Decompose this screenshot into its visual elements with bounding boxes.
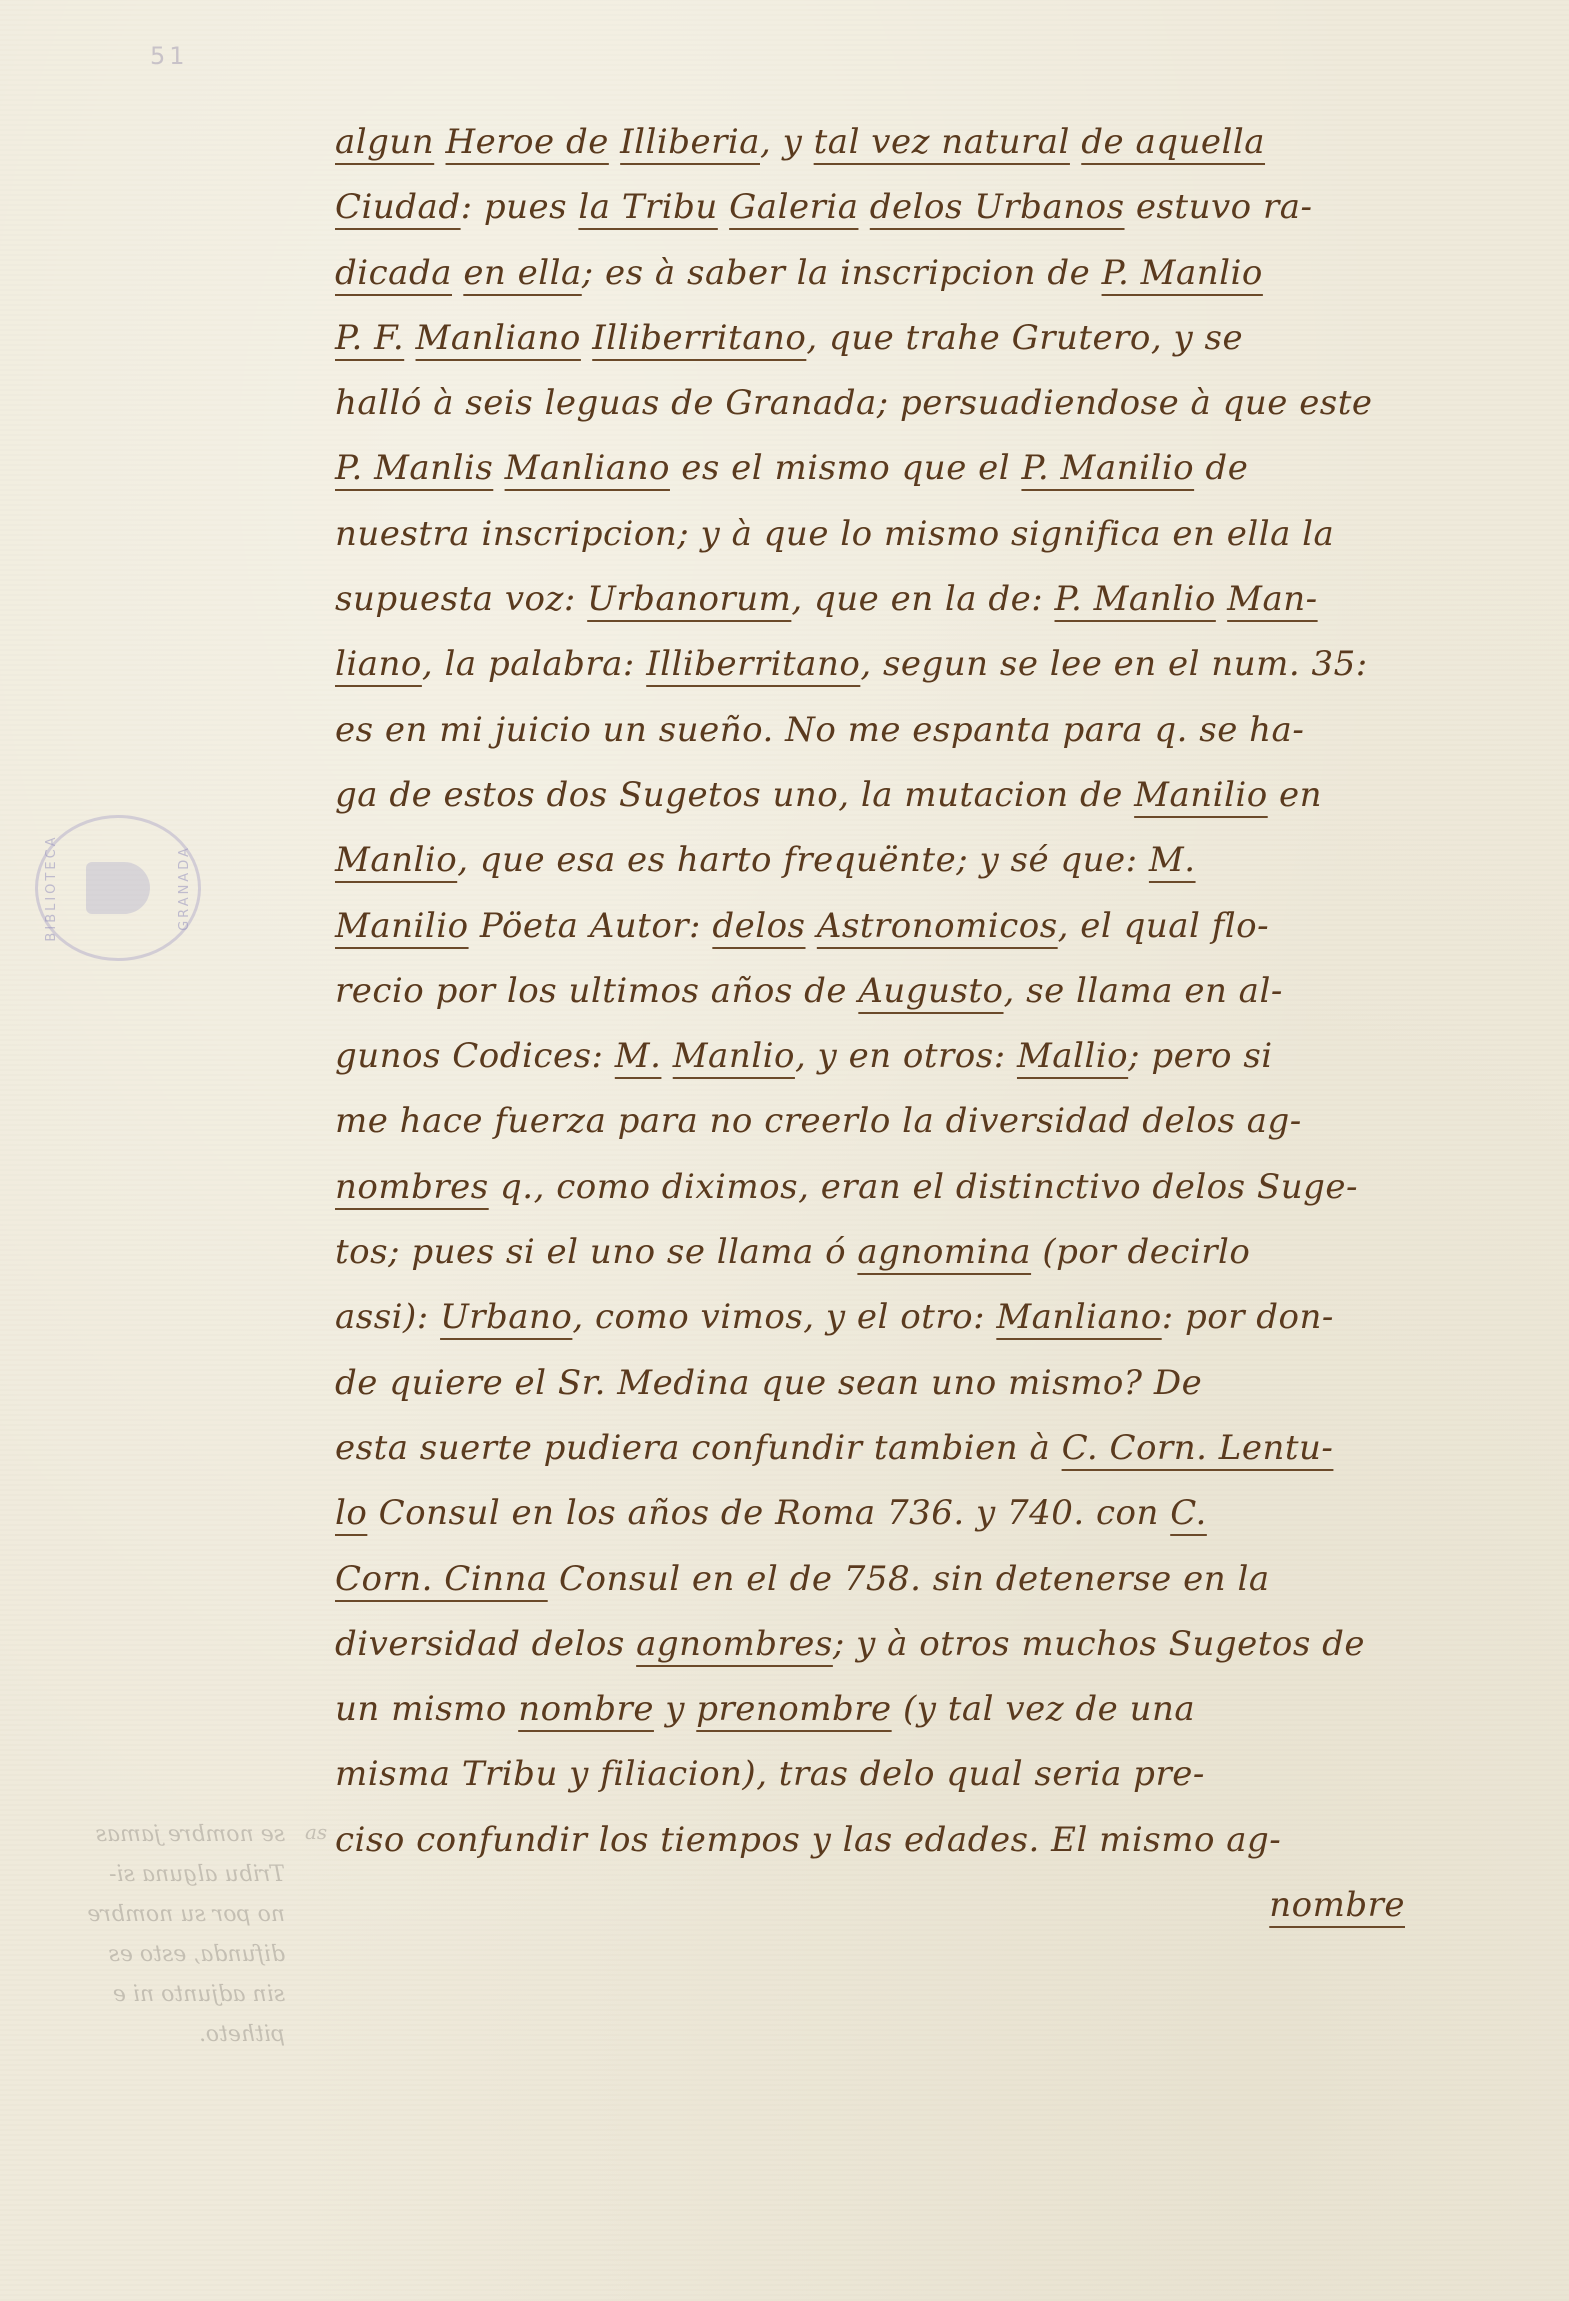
folio-number: 51 xyxy=(150,42,189,70)
text-segment xyxy=(404,318,415,358)
underlined-text: agnomina xyxy=(857,1232,1031,1272)
text-segment: , que esa es harto frequënte; y sé que: xyxy=(457,840,1149,880)
manuscript-line: esta suerte pudiera confundir tambien à … xyxy=(335,1416,1415,1481)
underlined-text: la Tribu xyxy=(578,187,717,227)
underlined-text: Corn. Cinna xyxy=(335,1559,548,1599)
manuscript-line: gunos Codices: M. Manlio, y en otros: Ma… xyxy=(335,1024,1415,1089)
underlined-text: P. Manlio xyxy=(1102,253,1263,293)
text-segment: esta suerte pudiera confundir tambien à xyxy=(335,1428,1062,1468)
manuscript-line: nombre xyxy=(335,1873,1415,1938)
underlined-text: Ciudad xyxy=(335,187,461,227)
underlined-text: Manlio xyxy=(673,1036,795,1076)
text-segment: tos; pues si el uno se llama ó xyxy=(335,1232,857,1272)
bleed-line: se nombre jamas xyxy=(15,1815,285,1855)
text-segment: un mismo xyxy=(335,1689,518,1729)
underlined-text: liano xyxy=(335,644,422,684)
text-segment xyxy=(493,448,504,488)
bleed-through-margin-note: se nombre jamas Tribu alguna si- no por … xyxy=(15,1815,285,2055)
text-segment: halló à seis leguas de Granada; persuadi… xyxy=(335,383,1373,423)
text-segment: ga de estos dos Sugetos uno, la mutacion… xyxy=(335,775,1134,815)
bleed-through-fragment: as xyxy=(305,1820,327,1844)
text-segment: ; es à saber la inscripcion de xyxy=(582,253,1102,293)
manuscript-text: algun Heroe de Illiberia, y tal vez natu… xyxy=(335,110,1415,1938)
manuscript-line: un mismo nombre y prenombre (y tal vez d… xyxy=(335,1677,1415,1742)
manuscript-line: de quiere el Sr. Medina que sean uno mis… xyxy=(335,1351,1415,1416)
text-segment: gunos Codices: xyxy=(335,1036,615,1076)
text-segment: es en mi juicio un sueño. No me espanta … xyxy=(335,710,1304,750)
manuscript-line: nuestra inscripcion; y à que lo mismo si… xyxy=(335,502,1415,567)
underlined-text: C. xyxy=(1170,1493,1207,1533)
text-segment: me hace fuerza para no creerlo la divers… xyxy=(335,1101,1302,1141)
text-segment: ; y à otros muchos Sugetos de xyxy=(833,1624,1365,1664)
manuscript-line: Manlio, que esa es harto frequënte; y sé… xyxy=(335,828,1415,893)
underlined-text: Urbano xyxy=(440,1297,572,1337)
text-segment: , se llama en al- xyxy=(1004,971,1283,1011)
text-segment xyxy=(609,122,620,162)
underlined-text: tal vez natural xyxy=(814,122,1070,162)
text-segment: Consul en el de 758. sin detenerse en la xyxy=(548,1559,1270,1599)
underlined-text: Manilio xyxy=(335,906,469,946)
manuscript-line: nombres q., como diximos, eran el distin… xyxy=(335,1155,1415,1220)
text-segment: en xyxy=(1268,775,1322,815)
manuscript-line: ciso confundir los tiempos y las edades.… xyxy=(335,1808,1415,1873)
manuscript-line: assi): Urbano, como vimos, y el otro: Ma… xyxy=(335,1285,1415,1350)
underlined-text: C. Corn. Lentu- xyxy=(1062,1428,1334,1468)
text-segment xyxy=(661,1036,672,1076)
text-segment: q., como diximos, eran el distinctivo de… xyxy=(489,1167,1358,1207)
text-segment: , la palabra: xyxy=(422,644,646,684)
underlined-text: P. F. xyxy=(335,318,404,358)
text-segment: , segun se lee en el num. 35: xyxy=(860,644,1367,684)
underlined-text: nombre xyxy=(518,1689,654,1729)
manuscript-line: Corn. Cinna Consul en el de 758. sin det… xyxy=(335,1547,1415,1612)
text-segment: , que en la de: xyxy=(791,579,1054,619)
underlined-text: Mallio xyxy=(1017,1036,1128,1076)
underlined-text: delos Urbanos xyxy=(870,187,1125,227)
text-segment xyxy=(806,906,817,946)
underlined-text: Illiberia xyxy=(620,122,760,162)
shield-icon xyxy=(86,862,150,914)
text-segment: nuestra inscripcion; y à que lo mismo si… xyxy=(335,514,1334,554)
text-segment: Consul en los años de Roma 736. y 740. c… xyxy=(367,1493,1170,1533)
underlined-text: agnombres xyxy=(636,1624,833,1664)
text-segment: y xyxy=(654,1689,696,1729)
underlined-text: Manliano xyxy=(416,318,581,358)
manuscript-page: 51 BIBLIOTECA GRANADA se nombre jamas Tr… xyxy=(0,0,1569,2301)
manuscript-line: tos; pues si el uno se llama ó agnomina … xyxy=(335,1220,1415,1285)
manuscript-line: recio por los ultimos años de Augusto, s… xyxy=(335,959,1415,1024)
text-segment: misma Tribu y filiacion), tras delo qual… xyxy=(335,1754,1205,1794)
text-segment: ciso confundir los tiempos y las edades.… xyxy=(335,1820,1281,1860)
manuscript-line: lo Consul en los años de Roma 736. y 740… xyxy=(335,1481,1415,1546)
text-segment: , como vimos, y el otro: xyxy=(572,1297,996,1337)
library-stamp: BIBLIOTECA GRANADA xyxy=(35,815,201,961)
underlined-text: Illiberritano xyxy=(592,318,806,358)
manuscript-line: diversidad delos agnombres; y à otros mu… xyxy=(335,1612,1415,1677)
underlined-text: Manlio xyxy=(335,840,457,880)
text-segment: supuesta voz: xyxy=(335,579,587,619)
bleed-line: pitheto. xyxy=(15,2015,285,2055)
text-segment: ; pero si xyxy=(1128,1036,1273,1076)
text-segment: (y tal vez de una xyxy=(892,1689,1196,1729)
bleed-line: sin adjunto ni e xyxy=(15,1975,285,2015)
bleed-line: difunda, esto es xyxy=(15,1935,285,1975)
underlined-text: P. Manlis xyxy=(335,448,493,488)
text-segment xyxy=(858,187,869,227)
text-segment: de quiere el Sr. Medina que sean uno mis… xyxy=(335,1363,1202,1403)
underlined-text: M. xyxy=(1149,840,1196,880)
text-segment: : por don- xyxy=(1162,1297,1334,1337)
underlined-text: Manliano xyxy=(505,448,670,488)
underlined-text: P. Manlio xyxy=(1055,579,1216,619)
manuscript-line: P. Manlis Manliano es el mismo que el P.… xyxy=(335,436,1415,501)
underlined-text: nombre xyxy=(1269,1885,1405,1925)
manuscript-line: ga de estos dos Sugetos uno, la mutacion… xyxy=(335,763,1415,828)
underlined-text: Augusto xyxy=(858,971,1003,1011)
stamp-bottom-text: GRANADA xyxy=(177,818,192,958)
underlined-text: dicada xyxy=(335,253,452,293)
text-segment xyxy=(1216,579,1227,619)
text-segment: estuvo ra- xyxy=(1125,187,1313,227)
manuscript-line: P. F. Manliano Illiberritano, que trahe … xyxy=(335,306,1415,371)
underlined-text: Manilio xyxy=(1134,775,1268,815)
manuscript-line: supuesta voz: Urbanorum, que en la de: P… xyxy=(335,567,1415,632)
text-segment: , y xyxy=(760,122,814,162)
bleed-line: no por su nombre xyxy=(15,1895,285,1935)
manuscript-line: dicada en ella; es à saber la inscripcio… xyxy=(335,241,1415,306)
text-segment: : pues xyxy=(461,187,579,227)
underlined-text: prenombre xyxy=(696,1689,891,1729)
underlined-text: lo xyxy=(335,1493,367,1533)
manuscript-line: halló à seis leguas de Granada; persuadi… xyxy=(335,371,1415,436)
text-segment xyxy=(434,122,445,162)
stamp-top-text: BIBLIOTECA xyxy=(44,818,59,958)
manuscript-line: liano, la palabra: Illiberritano, segun … xyxy=(335,632,1415,697)
manuscript-line: me hace fuerza para no creerlo la divers… xyxy=(335,1089,1415,1154)
underlined-text: M. xyxy=(615,1036,662,1076)
manuscript-line: Manilio Pöeta Autor: delos Astronomicos,… xyxy=(335,894,1415,959)
manuscript-line: misma Tribu y filiacion), tras delo qual… xyxy=(335,1742,1415,1807)
underlined-text: delos xyxy=(712,906,805,946)
manuscript-line: Ciudad: pues la Tribu Galeria delos Urba… xyxy=(335,175,1415,240)
underlined-text: Illiberritano xyxy=(646,644,860,684)
underlined-text: Man- xyxy=(1227,579,1317,619)
text-segment: (por decirlo xyxy=(1031,1232,1250,1272)
underlined-text: Manliano xyxy=(996,1297,1161,1337)
text-segment xyxy=(452,253,463,293)
text-segment: , el qual flo- xyxy=(1058,906,1269,946)
underlined-text: en ella xyxy=(463,253,581,293)
text-segment: , y en otros: xyxy=(795,1036,1017,1076)
underlined-text: P. Manilio xyxy=(1021,448,1194,488)
underlined-text: algun xyxy=(335,122,434,162)
underlined-text: Galeria xyxy=(729,187,858,227)
manuscript-line: es en mi juicio un sueño. No me espanta … xyxy=(335,698,1415,763)
text-segment: es el mismo que el xyxy=(670,448,1021,488)
text-segment: recio por los ultimos años de xyxy=(335,971,858,1011)
text-segment xyxy=(1070,122,1081,162)
text-segment: , que trahe Grutero, y se xyxy=(806,318,1243,358)
underlined-text: Urbanorum xyxy=(587,579,791,619)
text-segment: Pöeta Autor: xyxy=(469,906,713,946)
text-segment: diversidad delos xyxy=(335,1624,636,1664)
underlined-text: Heroe de xyxy=(446,122,609,162)
text-segment xyxy=(581,318,592,358)
text-segment: de xyxy=(1194,448,1248,488)
underlined-text: de aquella xyxy=(1081,122,1265,162)
text-segment: assi): xyxy=(335,1297,440,1337)
underlined-text: Astronomicos xyxy=(817,906,1058,946)
manuscript-line: algun Heroe de Illiberia, y tal vez natu… xyxy=(335,110,1415,175)
text-segment xyxy=(718,187,729,227)
bleed-line: Tribu alguna si- xyxy=(15,1855,285,1895)
underlined-text: nombres xyxy=(335,1167,489,1207)
